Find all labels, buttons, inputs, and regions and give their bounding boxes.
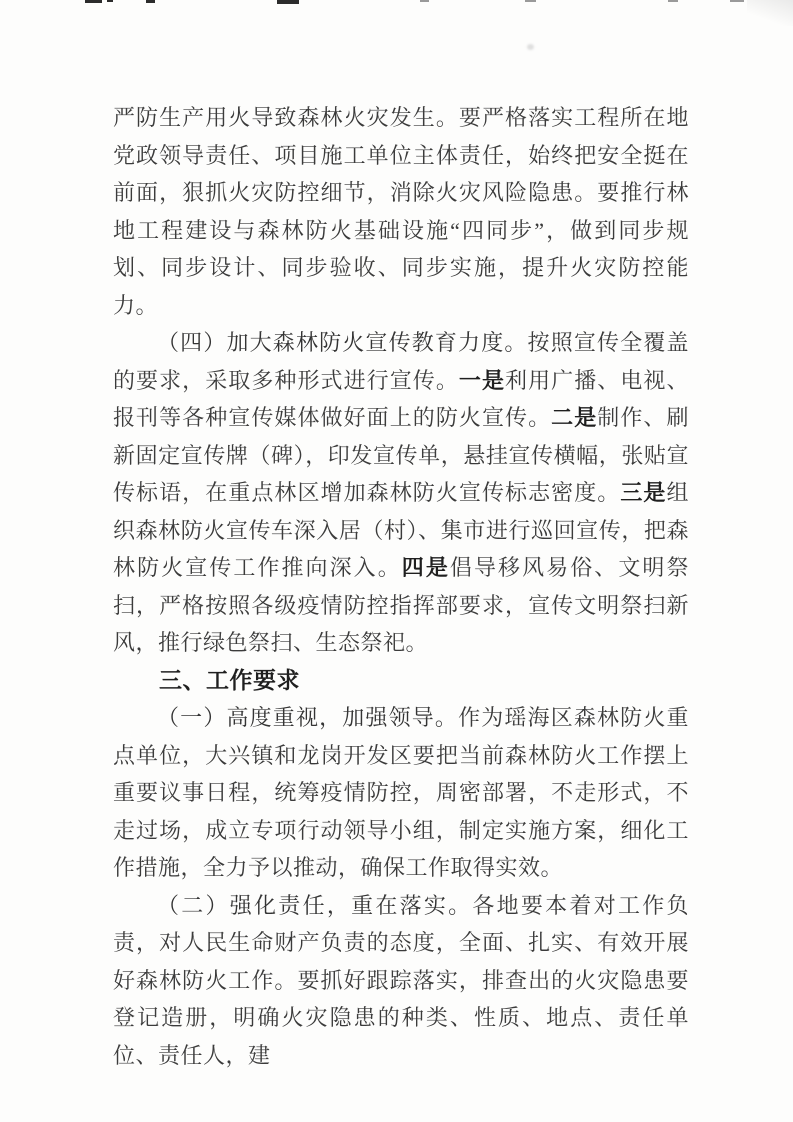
paragraph: （一）高度重视，加强领导。作为瑶海区森林防火重点单位，大兴镇和龙岗开发区要把当前… — [113, 699, 689, 887]
section-heading: 三、工作要求 — [113, 662, 689, 700]
paragraph: 严防生产用火导致森林火灾发生。要严格落实工程所在地党政领导责任、项目施工单位主体… — [113, 99, 689, 324]
document-body: 严防生产用火导致森林火灾发生。要严格落实工程所在地党政领导责任、项目施工单位主体… — [113, 99, 689, 1074]
scan-edge-dash — [730, 0, 744, 2]
scan-edge-dash — [107, 0, 113, 2]
subheading-run: （二）强化责任，重在落实。 — [157, 893, 472, 918]
scan-edge-dash — [668, 0, 678, 2]
text-run: 严防生产用火导致森林火灾发生。要严格落实工程所在地党政领导责任、项目施工单位主体… — [113, 105, 689, 318]
scan-edge-dash — [277, 0, 299, 4]
emphasis-run: 三、工作要求 — [159, 667, 300, 693]
scan-smudge-top-right — [747, 0, 793, 26]
emphasis-run: 三是 — [620, 480, 666, 505]
paragraph: （四）加大森林防火宣传教育力度。按照宣传全覆盖的要求，采取多种形式进行宣传。一是… — [113, 324, 689, 662]
scan-edge-dash — [146, 0, 155, 3]
paragraph: （二）强化责任，重在落实。各地要本着对工作负责，对人民生命财产负责的态度，全面、… — [113, 887, 689, 1075]
document-page: 严防生产用火导致森林火灾发生。要严格落实工程所在地党政领导责任、项目施工单位主体… — [0, 0, 793, 1122]
scan-edge-dash — [420, 0, 429, 2]
scan-edge-dash — [85, 0, 102, 3]
text-run: 作为瑶海区森林防火重点单位，大兴镇和龙岗开发区要把当前森林防火工作摆上重要议事日… — [113, 705, 689, 880]
scan-speck — [527, 44, 534, 50]
subheading-run: （四）加大森林防火宣传教育力度。 — [157, 330, 528, 355]
emphasis-run: 二是 — [551, 405, 597, 430]
text-run: 各地要本着对工作负责，对人民生命财产负责的态度，全面、扎实、有效开展好森林防火工… — [113, 893, 689, 1068]
emphasis-run: 四是 — [402, 555, 450, 580]
emphasis-run: 一是 — [459, 368, 505, 393]
subheading-run: （一）高度重视，加强领导。 — [157, 705, 458, 730]
scan-edge-dash — [525, 0, 536, 2]
